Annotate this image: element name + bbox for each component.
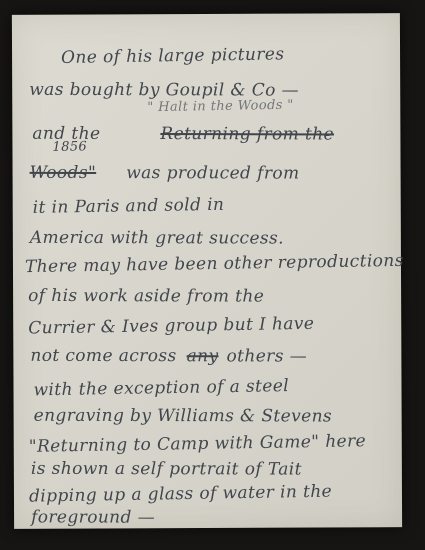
struck-text: any <box>187 346 219 366</box>
handwriting-text: engraving by Williams & Stevens <box>34 406 332 427</box>
handwriting-line: engraving by Williams & Stevens <box>34 408 332 426</box>
handwriting-line: of his work aside from the <box>28 288 264 306</box>
handwriting-text: One of his large pictures <box>61 44 285 68</box>
handwriting-line: foreground — <box>31 509 155 526</box>
handwriting-line: Currier & Ives group but I have <box>28 316 314 338</box>
photo-backdrop: One of his large pictureswas bought by G… <box>0 0 425 550</box>
handwriting-text: foreground — <box>31 507 155 527</box>
handwriting-text: was produced from <box>126 163 299 183</box>
handwriting-text: it in Paris and sold in <box>33 195 225 218</box>
handwriting-line: Woods"was produced from <box>30 165 300 183</box>
handwriting-line: " Halt in the Woods " <box>147 99 294 114</box>
handwriting-block: One of his large pictureswas bought by G… <box>12 13 402 529</box>
handwriting-text: There may have been other reproductions <box>25 251 404 277</box>
handwriting-text: with the exception of a steel <box>33 376 289 400</box>
handwriting-line: it in Paris and sold in <box>33 197 225 217</box>
handwriting-line: not come acrossanyothers — <box>30 348 307 366</box>
struck-text: Woods" <box>30 163 97 183</box>
handwriting-text: 1856 <box>52 139 87 155</box>
handwriting-line: 1856 <box>52 140 87 154</box>
handwriting-line: was bought by Goupil & Co — <box>29 82 299 100</box>
handwriting-text: others — <box>226 346 307 366</box>
manuscript-page: One of his large pictureswas bought by G… <box>12 13 402 529</box>
handwriting-text: " Halt in the Woods " <box>147 98 294 115</box>
handwriting-line: is shown a self portrait of Tait <box>31 461 302 479</box>
handwriting-text: of his work aside from the <box>28 286 264 307</box>
handwriting-text: "Returning to Camp with Game" here <box>29 431 367 457</box>
handwriting-line: America with great success. <box>30 230 284 248</box>
handwriting-text: is shown a self portrait of Tait <box>31 459 302 480</box>
handwriting-text: Currier & Ives group but I have <box>28 314 314 339</box>
handwriting-line: dipping up a glass of water in the <box>29 484 332 506</box>
handwriting-line: with the exception of a steel <box>33 378 289 399</box>
handwriting-text: America with great success. <box>30 228 284 249</box>
handwriting-line: "Returning to Camp with Game" here <box>29 433 367 456</box>
handwriting-text: not come across <box>30 346 176 366</box>
handwriting-text: dipping up a glass of water in the <box>29 482 332 507</box>
handwriting-line: There may have been other reproductions <box>25 253 404 276</box>
struck-text: Returning from the <box>160 124 334 144</box>
handwriting-line: One of his large pictures <box>61 46 285 67</box>
